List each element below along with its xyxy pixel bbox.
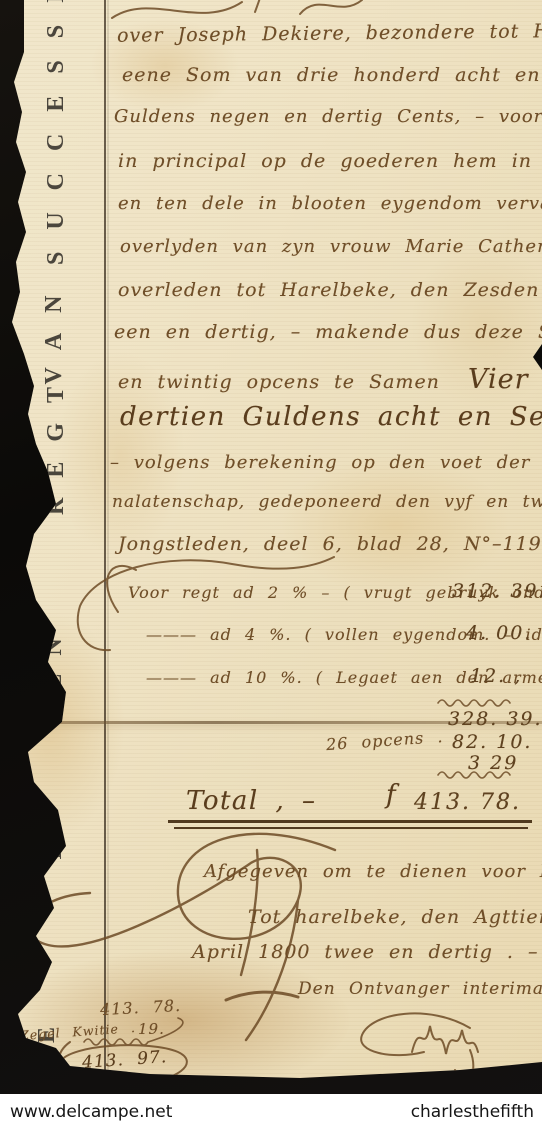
amount-in-words-start: Vier honderd <box>468 364 542 395</box>
opcens-extra-amount: 3 29 <box>468 752 518 774</box>
subtotal-squiggle <box>438 700 510 706</box>
stamp-word-regt: REGT <box>43 385 71 515</box>
manuscript-line-2: eene Som van drie honderd acht en twinti… <box>122 64 542 86</box>
manuscript-line-12: nalatenschap, gedeponeerd den vyf en twi… <box>112 492 542 512</box>
manuscript-line-9: en twintig opcens te Samen Vier honderd <box>118 364 542 395</box>
watermark-right: charlesthefifth <box>411 1102 534 1122</box>
tariff-row-1-amount: 312. 39. <box>452 580 542 602</box>
manuscript-line-6: overlyden van zyn vrouw Marie Catherine … <box>120 236 542 257</box>
total-amount: 413. 78. <box>414 790 521 815</box>
tariff-row-3-amount: 12. , <box>470 665 522 687</box>
closing-line-3: April 1800 twee en dertig . – <box>192 941 538 963</box>
total-underline-1 <box>168 820 532 823</box>
document-paper: SUCCESSIE VAN REGT EN K E over Joseph De… <box>0 0 542 1086</box>
manuscript-line-5: en ten dele in blooten eygendom vervalle… <box>118 193 542 214</box>
florin-sign: f <box>386 780 397 810</box>
stamp-word-successie: SUCCESSIE <box>43 0 71 265</box>
closing-line-4: Den Ontvanger interimair. <box>298 979 542 999</box>
manuscript-line-4: in principal op de goederen hem in vrugt… <box>118 150 542 172</box>
total-word: Total , – <box>186 786 317 816</box>
paper-stain <box>280 455 510 595</box>
watermark-left: www.delcampe.net <box>10 1102 172 1122</box>
manuscript-line-8: een en dertig, – makende dus deze Som me… <box>114 321 542 343</box>
grand-total: 413. 97. <box>81 1047 167 1073</box>
manuscript-line-1: over Joseph Dekiere, bezondere tot Harel… <box>117 19 542 47</box>
closing-line-1: Afgegeven om te dienen voor Kwitantie, <box>204 861 542 882</box>
manuscript-line-11: – volgens berekening op den voet der aen… <box>110 452 542 473</box>
watermark-bar: www.delcampe.net charlesthefifth <box>0 1094 542 1131</box>
stamp-word-fragment-k: K <box>41 835 69 865</box>
opcens-amount: 82. 10. <box>452 731 532 753</box>
den-dash-flourish <box>226 992 298 1000</box>
stamp-fee: 19. <box>138 1020 165 1038</box>
photo-backdrop: SUCCESSIE VAN REGT EN K E over Joseph De… <box>0 0 542 1131</box>
signature <box>361 1013 478 1086</box>
stamp-note-amount: 413. 78. <box>100 996 182 1019</box>
manuscript-line-13: Jongstleden, deel 6, blad 28, N°–119. <box>118 533 542 555</box>
subtotal-amount: 328. 39. <box>448 708 542 730</box>
total-underline-2 <box>174 827 528 829</box>
printed-margin-rule <box>104 0 106 1078</box>
closing-line-2: Tot harelbeke, den Agttienden . <box>248 906 542 928</box>
cutoff-line-flourish <box>112 0 362 18</box>
opcens-label: 26 opcens . <box>325 727 443 754</box>
manuscript-line-9-text: en twintig opcens te Samen <box>118 371 440 393</box>
manuscript-line-3: Guldens negen en dertig Cents, – voor re… <box>114 106 542 127</box>
manuscript-line-7: overleden tot Harelbeke, den Zesden octo… <box>118 279 542 301</box>
manuscript-line-10: dertien Guldens acht en Seventig Cents, <box>120 402 542 432</box>
tariff-row-2-amount: 4. 00. <box>466 622 532 644</box>
stamp-word-en: EN <box>41 620 69 690</box>
